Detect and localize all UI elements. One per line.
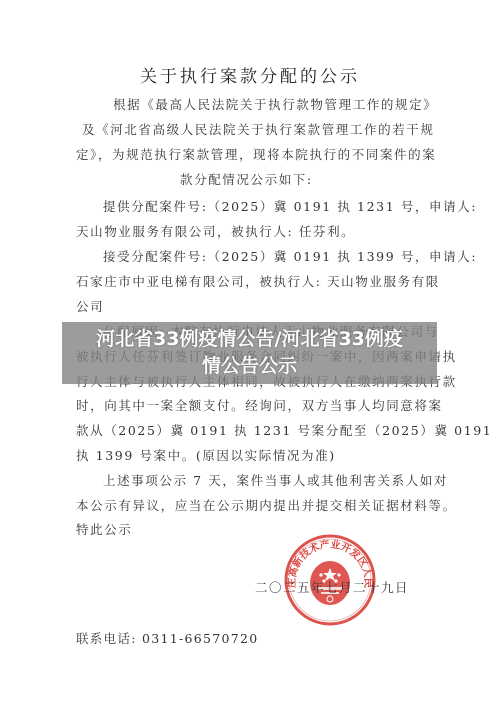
reason-line-6: 执 1399 号案中。(原因以实际情况为准): [76, 446, 336, 464]
intro-line-4: 款分配情况公示如下:: [180, 170, 313, 188]
headline-line-2: 情公告公示: [62, 353, 437, 380]
notice-line-2: 本公示有异议，应当在公示期内提出并提交相关证据材料等。: [76, 496, 457, 514]
contact-phone: 联系电话: 0311-66570720: [76, 629, 259, 647]
reason-line-5: 款从（2025）冀 0191 执 1231 号案分配至（2025）冀 0191: [76, 421, 492, 439]
headline-line-1: 河北省33例疫情公告/河北省33例疫: [62, 326, 437, 353]
receiving-case-line-1: 接受分配案件号:（2025）冀 0191 执 1399 号，申请人:: [103, 247, 477, 265]
notice-line-1: 上述事项公示 7 天，案件当事人或其他利害关系人如对: [103, 471, 448, 489]
intro-line-2: 及《河北省高级人民法院关于执行案款管理工作的若干规: [82, 120, 435, 138]
document-page: 关于执行案款分配的公示 根据《最高人民法院关于执行款物管理工作的规定》 及《河北…: [0, 0, 500, 707]
intro-line-3: 定》，为规范执行案款管理，现将本院执行的不同案件的案: [76, 145, 436, 163]
closing-text: 特此公示: [76, 520, 132, 538]
reason-line-4: 时，向其中一案全额支付。经询问，双方当事人均同意将案: [76, 396, 443, 414]
intro-line-1: 根据《最高人民法院关于执行款物管理工作的规定》: [113, 95, 437, 113]
receiving-case-line-2: 石家庄市中亚电梯有限公司，被执行人: 天山物业服务有限: [76, 272, 440, 290]
receiving-case-line-3: 公司: [76, 297, 104, 315]
document-date: 二〇二五年七月二十九日: [255, 578, 409, 596]
document-title: 关于执行案款分配的公示: [0, 62, 500, 87]
providing-case-line-2: 天山物业服务有限公司，被执行人: 任芬利。: [76, 222, 355, 240]
providing-case-line-1: 提供分配案件号:（2025）冀 0191 执 1231 号，申请人:: [103, 197, 477, 215]
headline-overlay-text: 河北省33例疫情公告/河北省33例疫 情公告公示: [62, 322, 437, 380]
